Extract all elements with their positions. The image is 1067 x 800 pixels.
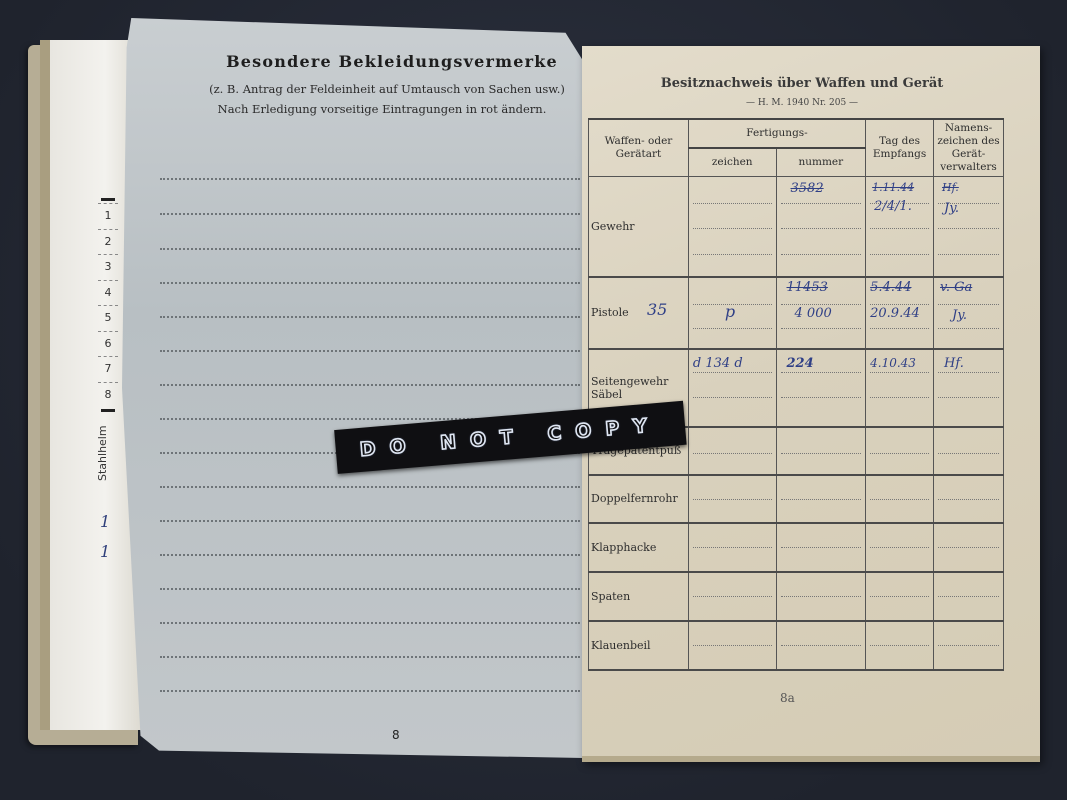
handwritten-signature: v. Ga [940, 280, 972, 295]
cell-mark [688, 427, 776, 475]
entry-line [160, 350, 580, 352]
cell-mark [688, 177, 776, 277]
scale-bar [101, 409, 115, 412]
row-label: Klauenbeil [589, 621, 689, 670]
cell-signature: Hf. [934, 349, 1004, 427]
row-label-text-2: Säbel [591, 388, 688, 401]
cell-number [776, 427, 866, 475]
table-row: Spaten [589, 572, 1004, 621]
stub-handwritten-mark: 1 [100, 512, 110, 531]
cell-mark [688, 572, 776, 621]
left-page: Besondere Bekleidungsvermerke (z. B. Ant… [122, 18, 584, 758]
cell-number: 3582 [776, 177, 866, 277]
entry-line [160, 316, 580, 318]
handwritten-date: 4.10.43 [870, 356, 916, 370]
cell-signature [934, 475, 1004, 523]
header-mark: zeichen [688, 148, 776, 176]
handwritten-mark: p [725, 302, 735, 321]
entry-line [160, 520, 580, 522]
stub-handwritten-mark: 1 [100, 542, 110, 561]
cell-date [866, 523, 934, 572]
handwritten-number: 3582 [791, 181, 824, 196]
stub-label-stahlhelm: Stahlhelm [96, 418, 118, 488]
handwritten-signature-2: Jy. [952, 308, 967, 323]
handwritten-number: 11453 [787, 280, 828, 295]
cell-number [776, 621, 866, 670]
header-manufacture: Fertigungs- [688, 119, 865, 148]
entry-line [160, 213, 580, 215]
cell-number [776, 475, 866, 523]
cell-signature: Hf. Jy. [934, 177, 1004, 277]
handwritten-number-2: 4 000 [795, 306, 832, 321]
weapons-table: Waffen- oder Gerätart Fertigungs- Tag de… [588, 118, 1004, 671]
table-row: Pistole 35 p 11453 4 000 5.4.44 20.9.44 … [589, 277, 1004, 349]
scale-number: 6 [98, 331, 118, 357]
cell-date [866, 475, 934, 523]
entry-line [160, 486, 580, 488]
handwritten-date-2: 20.9.44 [870, 306, 920, 321]
table-row: Klapphacke [589, 523, 1004, 572]
scale-number: 7 [98, 356, 118, 382]
row-label-text: Pistole [591, 306, 629, 319]
row-label: Pistole 35 [589, 277, 689, 349]
cell-mark: p [688, 277, 776, 349]
handwritten-date: 5.4.44 [870, 280, 911, 295]
left-page-number: 8 [392, 728, 400, 742]
cell-date: 4.10.43 [866, 349, 934, 427]
right-page-reference: — H. M. 1940 Nr. 205 — [622, 98, 982, 108]
table-row: Klauenbeil [589, 621, 1004, 670]
cell-mark [688, 621, 776, 670]
scale-number: 2 [98, 229, 118, 255]
entry-line [160, 282, 580, 284]
cell-date [866, 621, 934, 670]
handwritten-signature: Hf. [942, 181, 959, 194]
cell-number [776, 523, 866, 572]
right-page-number: 8a [780, 691, 795, 705]
scale-number: 3 [98, 254, 118, 280]
header-date: Tag des Empfangs [866, 119, 934, 177]
handwritten-mark: d 134 d [693, 356, 743, 371]
cell-signature: v. Ga Jy. [934, 277, 1004, 349]
cell-number: 224 [776, 349, 866, 427]
entry-line [160, 178, 580, 180]
entry-line [160, 384, 580, 386]
entry-line [160, 588, 580, 590]
cell-signature [934, 621, 1004, 670]
cell-signature [934, 523, 1004, 572]
row-label: Spaten [589, 572, 689, 621]
scale-number: 8 [98, 382, 118, 408]
entry-line [160, 554, 580, 556]
row-label: Doppelfernrohr [589, 475, 689, 523]
table-row: Gewehr 3582 1.11.44 2/4/1. Hf. Jy. [589, 177, 1004, 277]
cell-date: 1.11.44 2/4/1. [866, 177, 934, 277]
scale-number: 5 [98, 305, 118, 331]
handwritten-date-2: 2/4/1. [874, 199, 912, 214]
scale-bar [101, 198, 115, 201]
stub-size-scale: 1 2 3 4 5 6 7 8 [98, 196, 118, 414]
header-signature: Namens-zeichen des Gerät-verwalters [934, 119, 1004, 177]
handwritten-caliber: 35 [647, 300, 667, 319]
row-label: Klapphacke [589, 523, 689, 572]
cell-signature [934, 572, 1004, 621]
cell-mark [688, 475, 776, 523]
left-page-subtitle: (z. B. Antrag der Feldeinheit auf Umtaus… [182, 82, 592, 96]
cell-number [776, 572, 866, 621]
cell-mark: d 134 d [688, 349, 776, 427]
cell-date [866, 427, 934, 475]
entry-line [160, 622, 580, 624]
handwritten-signature: Hf. [944, 356, 964, 371]
entry-line [160, 656, 580, 658]
entry-line [160, 248, 580, 250]
entry-line [160, 690, 580, 692]
table-row: Doppelfernrohr [589, 475, 1004, 523]
right-page-title: Besitznachweis über Waffen und Gerät [622, 76, 982, 91]
cell-signature [934, 427, 1004, 475]
handwritten-number: 224 [787, 356, 814, 371]
handwritten-signature-2: Jy. [944, 201, 959, 216]
cell-date [866, 572, 934, 621]
scale-number: 4 [98, 280, 118, 306]
header-type: Waffen- oder Gerätart [589, 119, 689, 177]
header-number: nummer [776, 148, 866, 176]
left-page-instruction: Nach Erledigung vorseitige Eintragungen … [202, 102, 562, 116]
handwritten-date: 1.11.44 [872, 181, 914, 194]
cell-date: 5.4.44 20.9.44 [866, 277, 934, 349]
row-label: Gewehr [589, 177, 689, 277]
scale-number: 1 [98, 203, 118, 229]
row-label-text: Seitengewehr [591, 375, 688, 388]
cell-mark [688, 523, 776, 572]
cell-number: 11453 4 000 [776, 277, 866, 349]
left-page-title: Besondere Bekleidungsvermerke [212, 52, 572, 71]
